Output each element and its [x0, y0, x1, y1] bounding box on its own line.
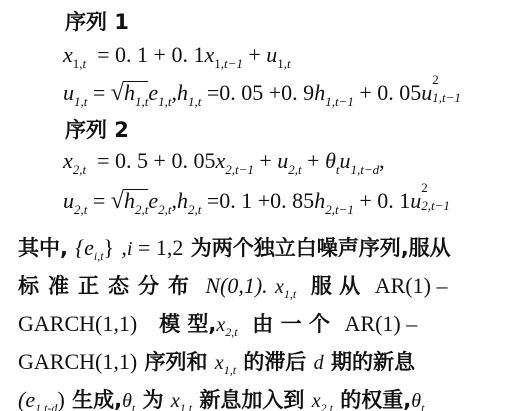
subscript: 2,t−1 — [421, 198, 450, 214]
rhs-constant: =0. 1 +0. 85 — [207, 188, 314, 213]
var-theta: θ — [325, 148, 336, 173]
comma: , — [379, 148, 385, 173]
model-name: GARCH(1,1) — [18, 311, 137, 336]
sup-sub: 22,t−1 — [421, 192, 465, 212]
text: 的滞后 — [243, 350, 306, 374]
section-2-heading: 序列 2 — [65, 114, 129, 144]
sup-sub: 21,t−1 — [432, 84, 476, 104]
text: 新息加入到 — [199, 388, 304, 411]
subscript: 1,t — [224, 363, 236, 377]
text: = 1,2 — [132, 235, 183, 260]
var-x: x — [312, 390, 321, 411]
text: 由 一 个 — [252, 312, 330, 336]
subscript: 1,t — [188, 94, 201, 109]
plus-sign: + — [307, 148, 319, 173]
var-x: x — [204, 42, 214, 67]
subscript: 2,t — [73, 162, 86, 177]
var-u: u — [277, 148, 288, 173]
coef: + 0. 1 — [359, 188, 410, 213]
var-u: u — [63, 188, 74, 213]
text: 服 从 — [311, 274, 360, 298]
var-u: u — [421, 80, 432, 105]
subscript: 2,t−1 — [325, 202, 354, 217]
var-x: x — [63, 148, 73, 173]
text: 生成, — [72, 388, 122, 411]
var-x: x — [216, 314, 225, 336]
paragraph-line-2: 标准正态分布 N(0,1). x1,t 服 从 AR(1) – — [18, 270, 447, 302]
plus-sign: + — [248, 42, 260, 67]
subscript: t — [132, 401, 135, 411]
text: 模 型, — [159, 312, 216, 336]
equation-x1: x1,t = 0. 1 + 0. 1x1,t−1 + u1,t — [63, 42, 291, 72]
superscript: 2 — [421, 180, 428, 196]
subscript: t — [83, 56, 87, 71]
paragraph-line-1: 其中, {ei,t} ,i = 1,2 为两个独立白噪声序列,服从 — [18, 232, 451, 264]
subscript: 1,t — [180, 401, 192, 411]
subscript: 1, — [277, 56, 287, 71]
var-x: x — [215, 352, 224, 374]
subscript: 1,t — [74, 94, 87, 109]
subscript: i,t — [94, 249, 104, 263]
subscript: t — [287, 56, 291, 71]
text: 标准正态分布 — [18, 274, 198, 298]
var-x: x — [171, 390, 180, 411]
subscript: 2,t−1 — [225, 162, 254, 177]
model-name: GARCH(1,1) — [18, 349, 137, 374]
sqrt-body: h1,t — [123, 81, 148, 113]
model-name: AR(1) – — [375, 273, 448, 298]
subscript: 1, — [73, 56, 83, 71]
equation-u2-h2: u2,t = √h2,te2,t,h2,t =0. 1 +0. 85h2,t−1… — [63, 188, 465, 221]
subscript: t — [421, 401, 424, 411]
var-x: x — [275, 276, 284, 298]
paragraph-line-4: GARCH(1,1) 序列和 x1,t 的滞后 d 期的新息 — [18, 346, 415, 378]
subscript: 2,t — [158, 202, 171, 217]
text: 其中, — [18, 236, 68, 260]
var-e: e — [148, 188, 158, 213]
text: 为 — [143, 388, 164, 411]
subscript: 2,t — [288, 162, 301, 177]
subscript: 1,t — [158, 94, 171, 109]
text: 的权重, — [340, 388, 411, 411]
subscript: 1,t−1 — [432, 90, 461, 106]
subscript: 1,t — [284, 287, 296, 301]
subscript: 2,t — [188, 202, 201, 217]
rhs-constant: = 0. 1 + 0. 1 — [97, 42, 204, 67]
var-h: h — [314, 188, 325, 213]
var-h: h — [314, 80, 325, 105]
section-1-heading: 序列 1 — [65, 6, 129, 36]
var-h: h — [124, 80, 135, 105]
text: 序列和 — [144, 350, 207, 374]
set-open: {e — [75, 235, 94, 260]
subscript: 2,t — [321, 401, 333, 411]
paren-close: ) — [57, 387, 64, 411]
superscript: 2 — [432, 72, 439, 88]
text: 期的新息 — [331, 350, 415, 374]
var-u: u — [340, 148, 351, 173]
var-e: e — [148, 80, 158, 105]
model-name: AR(1) – — [345, 311, 418, 336]
paragraph-line-3: GARCH(1,1) 模 型,x2,t 由 一 个 AR(1) – — [18, 308, 417, 340]
var-u: u — [266, 42, 277, 67]
paragraph-line-5: (e1,t-d) 生成,θt 为 x1,t 新息加入到 x2,t 的权重,θt — [18, 384, 424, 411]
var-h: h — [177, 80, 188, 105]
equation-u1-h1: u1,t = √h1,te1,t,h1,t =0. 05 +0. 9h1,t−1… — [63, 80, 476, 113]
subscript: 2,t — [225, 325, 237, 339]
var-x: x — [63, 42, 73, 67]
coef: + 0. 05 — [359, 80, 421, 105]
set-close: } — [104, 235, 115, 260]
subscript: 1, — [214, 56, 224, 71]
var-h: h — [124, 188, 135, 213]
subscript: 2,t — [135, 202, 148, 217]
subscript: 1,t−d — [351, 162, 380, 177]
plus-sign: + — [259, 148, 271, 173]
rhs-constant: =0. 05 +0. 9 — [207, 80, 314, 105]
distribution: N(0,1). — [205, 273, 267, 298]
var-h: h — [177, 188, 188, 213]
var-d: d — [314, 352, 324, 374]
equals-sign: = — [93, 188, 105, 213]
equation-x2: x2,t = 0. 5 + 0. 05x2,t−1 + u2,t + θtu1,… — [63, 148, 385, 178]
var-x: x — [215, 148, 225, 173]
subscript: 1,t-d — [35, 401, 57, 411]
var-theta: θ — [122, 390, 132, 411]
subscript: t−1 — [224, 56, 243, 71]
paren-open: (e — [18, 387, 35, 411]
equals-sign: = — [93, 80, 105, 105]
sqrt-body: h2,t — [123, 189, 148, 221]
subscript: 1,t−1 — [325, 94, 354, 109]
subscript: 1,t — [135, 94, 148, 109]
rhs-constant: = 0. 5 + 0. 05 — [97, 148, 215, 173]
subscript: 2,t — [74, 202, 87, 217]
var-u: u — [410, 188, 421, 213]
var-u: u — [63, 80, 74, 105]
text: 为两个独立白噪声序列,服从 — [191, 236, 451, 260]
var-theta: θ — [411, 390, 421, 411]
